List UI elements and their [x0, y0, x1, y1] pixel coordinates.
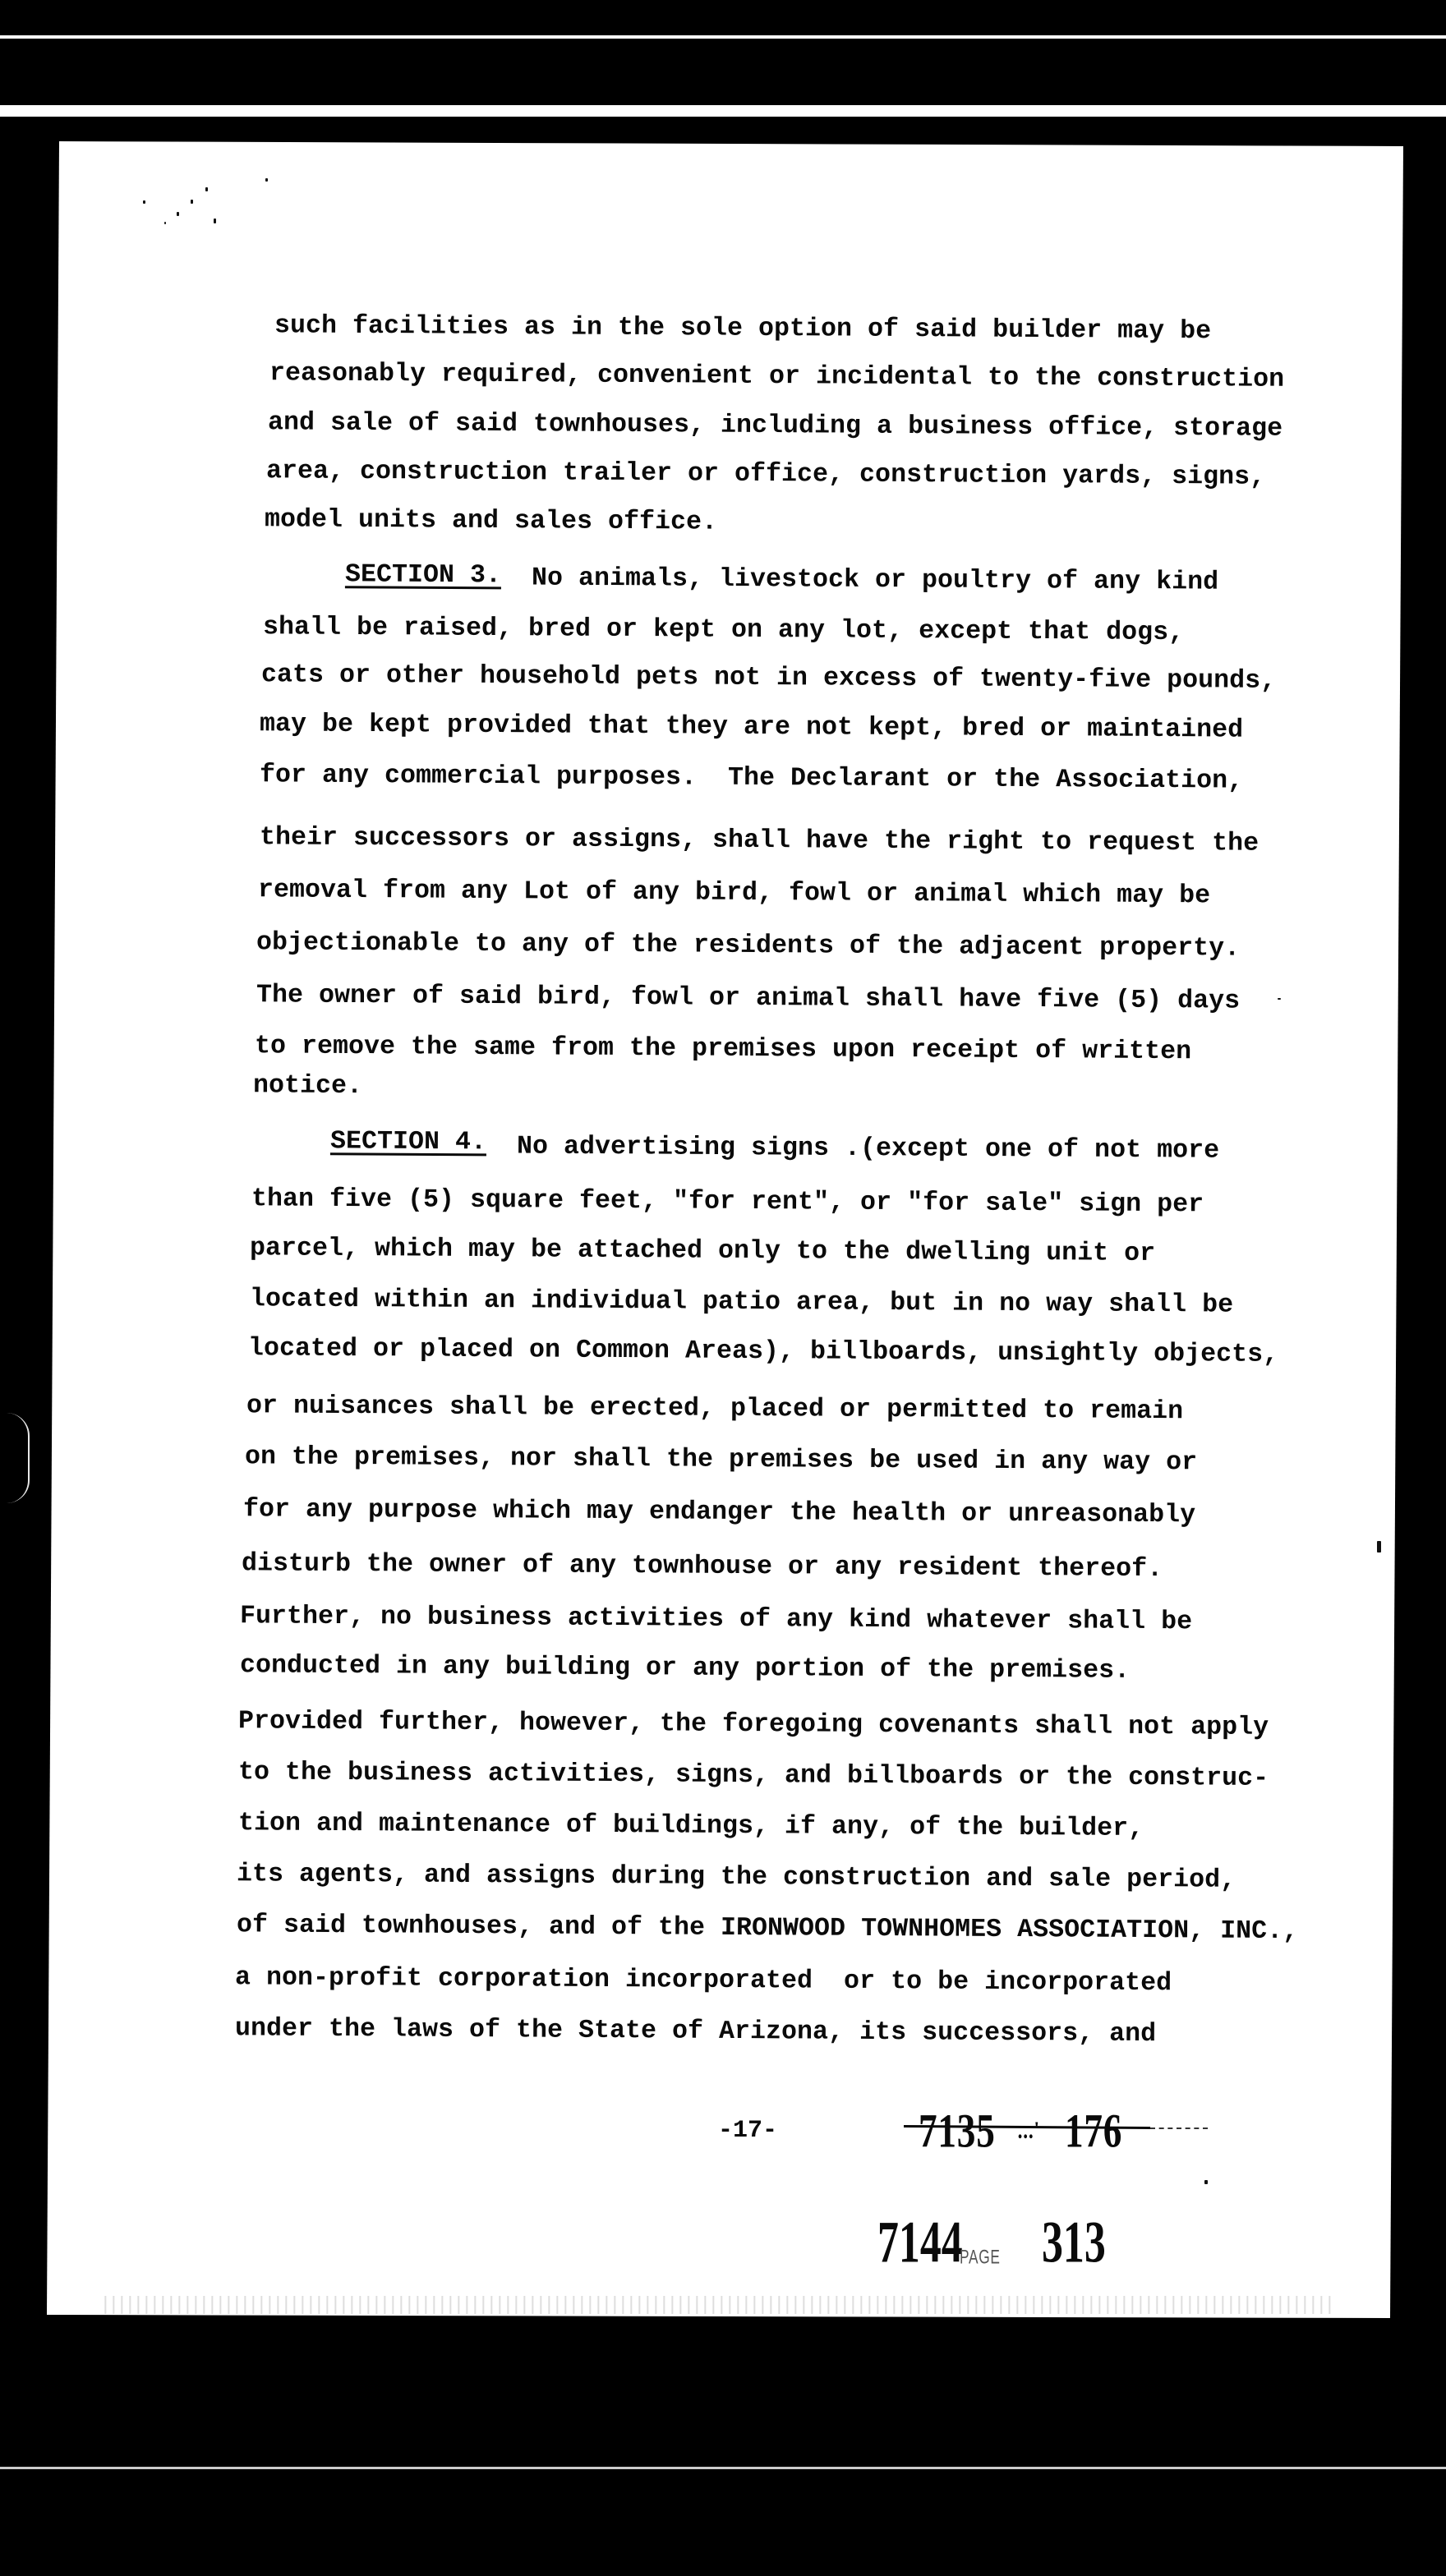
scan-speck	[1204, 2180, 1208, 2184]
scan-speck	[214, 218, 216, 223]
text-line: area, construction trailer or office, co…	[266, 458, 1265, 490]
stamp-old-book: 7135	[919, 2104, 996, 2159]
text-line: removal from any Lot of any bird, fowl o…	[258, 877, 1210, 909]
text-line: to the business activities, signs, and b…	[238, 1759, 1269, 1792]
text-line: reasonably required, convenient or incid…	[269, 361, 1284, 393]
scan-speck	[1377, 1541, 1381, 1552]
text-line: Provided further, however, the foregoing…	[238, 1709, 1269, 1741]
text-line: for any commercial purposes. The Declara…	[260, 762, 1243, 794]
text-line: disturb the owner of any townhouse or an…	[242, 1551, 1163, 1582]
text-line: to remove the same from the premises upo…	[255, 1033, 1191, 1065]
scan-artifact-line-upper	[0, 105, 1446, 117]
page-number: -17-	[718, 2117, 777, 2145]
text-line: its agents, and assigns during the const…	[237, 1861, 1236, 1893]
stamp-new-page-label: PAGE	[960, 2214, 1001, 2282]
text-line: and sale of said townhouses, including a…	[268, 410, 1283, 442]
text-line: cats or other household pets not in exce…	[261, 662, 1276, 694]
text-line: their successors or assigns, shall have …	[260, 825, 1259, 857]
text-line: for any purpose which may endanger the h…	[243, 1497, 1195, 1529]
text-line: The owner of said bird, fowl or animal s…	[256, 982, 1240, 1014]
text-line: conducted in any building or any portion…	[240, 1653, 1130, 1684]
text-line: on the premises, nor shall the premises …	[245, 1444, 1197, 1476]
text-line: may be kept provided that they are not k…	[260, 711, 1243, 743]
scan-noise	[99, 2296, 1331, 2314]
section-3-heading: SECTION 3.	[345, 562, 501, 589]
stamp-old-separator: ...'	[1012, 2117, 1045, 2145]
text-line: parcel, which may be attached only to th…	[250, 1235, 1155, 1267]
text-line: objectionable to any of the residents of…	[256, 930, 1240, 962]
text-line: or nuisances shall be erected, placed or…	[246, 1393, 1183, 1424]
page-label: PAGE	[960, 2247, 1001, 2269]
text-line: Further, no business activities of any k…	[240, 1603, 1192, 1635]
section-4-heading: SECTION 4.	[330, 1129, 486, 1156]
scan-speck	[1278, 998, 1281, 1000]
scan-artifact-line-top	[0, 35, 1446, 39]
stamp-new-page: 313	[1042, 2209, 1106, 2277]
scan-speck	[177, 212, 179, 216]
stamp-new-book: 7144	[877, 2209, 963, 2277]
section-4-first-line: No advertising signs .(except one of not…	[486, 1134, 1219, 1164]
scan-speck	[205, 187, 208, 191]
stamp-old-page: 176	[1065, 2104, 1122, 2159]
text-line: model units and sales office.	[265, 507, 717, 536]
scan-artifact-line-bottom	[0, 2467, 1446, 2469]
margin-mark	[7, 1413, 30, 1503]
document-page: such facilities as in the sole option of…	[0, 0, 1446, 2576]
scan-speck	[191, 200, 193, 204]
dotted-line	[1150, 2127, 1208, 2129]
scan-speck	[143, 200, 145, 204]
scan-speck	[164, 222, 166, 224]
text-line: of said townhouses, and of the IRONWOOD …	[237, 1912, 1298, 1944]
text-line: shall be raised, bred or kept on any lot…	[263, 614, 1184, 646]
text-line: tion and maintenance of buildings, if an…	[238, 1810, 1144, 1842]
scan-speck	[265, 178, 268, 182]
text-line: under the laws of the State of Arizona, …	[235, 2016, 1156, 2047]
text-line: located within an individual patio area,…	[250, 1286, 1233, 1318]
text-line: a non-profit corporation incorporated or…	[235, 1965, 1172, 1996]
text-line: located or placed on Common Areas), bill…	[248, 1336, 1278, 1368]
text-line: such facilities as in the sole option of…	[274, 313, 1211, 344]
text-line: notice.	[253, 1073, 362, 1099]
text-line: than five (5) square feet, "for rent", o…	[251, 1186, 1204, 1218]
section-3-first-line: No animals, livestock or poultry of any …	[500, 565, 1218, 596]
